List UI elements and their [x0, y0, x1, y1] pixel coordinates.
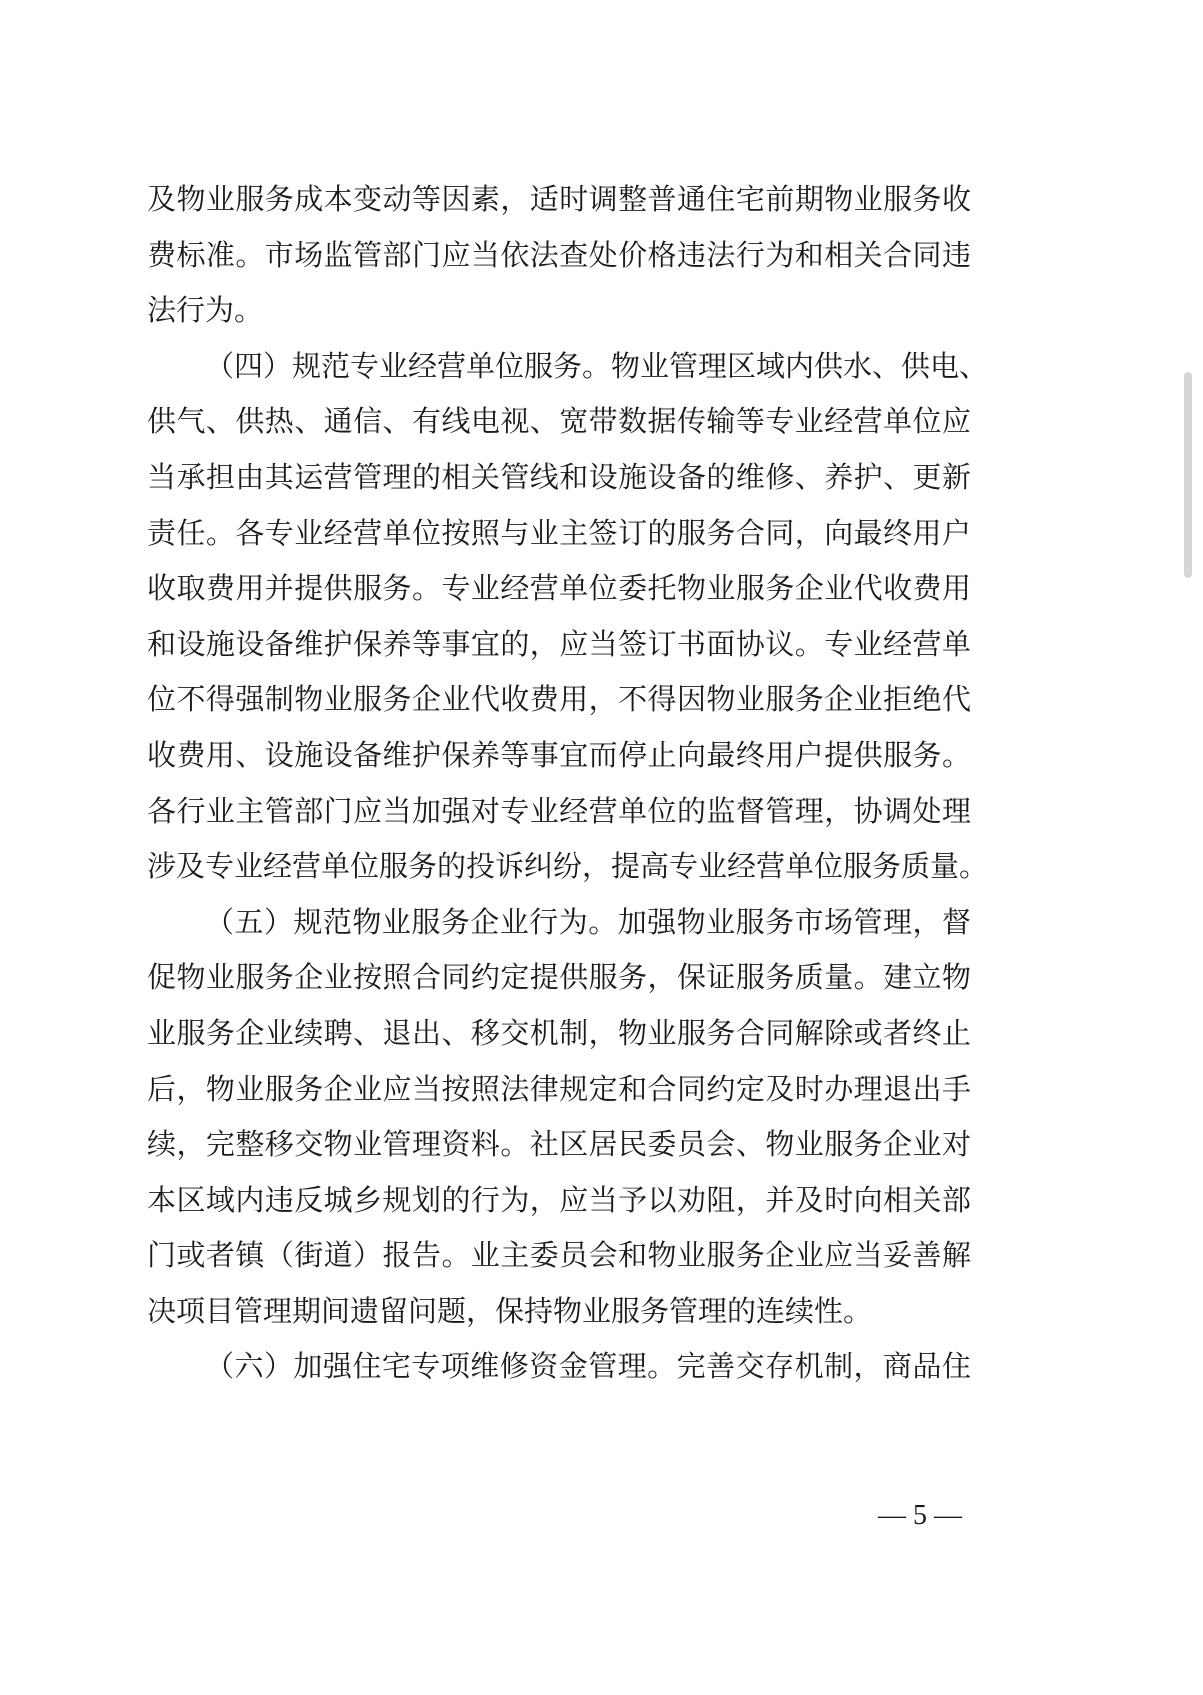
- text-line: 续，完整移交物业管理资料。社区居民委员会、物业服务企业对: [147, 1117, 971, 1173]
- section-heading-5: （五）规范物业服务企业行为。: [205, 905, 618, 939]
- text-line: 位不得强制物业服务企业代收费用，不得因物业服务企业拒绝代: [147, 672, 971, 728]
- page-number: — 5 —: [860, 1500, 980, 1532]
- text-line: 法行为。: [147, 283, 971, 339]
- text-line: 促物业服务企业按照合同约定提供服务，保证服务质量。建立物: [147, 950, 971, 1006]
- vertical-scrollbar[interactable]: [1180, 0, 1198, 1695]
- text-run: 加强物业服务市场管理，督: [618, 905, 971, 939]
- text-line: 门或者镇（街道）报告。业主委员会和物业服务企业应当妥善解: [147, 1228, 971, 1284]
- text-line: 各行业主管部门应当加强对专业经营单位的监督管理，协调处理: [147, 784, 971, 840]
- text-line: 涉及专业经营单位服务的投诉纠纷，提高专业经营单位服务质量。: [147, 839, 971, 895]
- document-body: 及物业服务成本变动等因素，适时调整普通住宅前期物业服务收 费标准。市场监管部门应…: [147, 172, 971, 1395]
- text-run: 完善交存机制，商品住: [677, 1349, 971, 1383]
- text-line: 供气、供热、通信、有线电视、宽带数据传输等专业经营单位应: [147, 394, 971, 450]
- text-line: 责任。各专业经营单位按照与业主签订的服务合同，向最终用户: [147, 506, 971, 562]
- scrollbar-thumb[interactable]: [1184, 372, 1192, 578]
- section-heading-6: （六）加强住宅专项维修资金管理。: [205, 1349, 677, 1383]
- section-heading-line: （四）规范专业经营单位服务。物业管理区域内供水、供电、: [147, 339, 971, 395]
- text-line: 收取费用并提供服务。专业经营单位委托物业服务企业代收费用: [147, 561, 971, 617]
- text-line: 及物业服务成本变动等因素，适时调整普通住宅前期物业服务收: [147, 172, 971, 228]
- text-line: 本区域内违反城乡规划的行为，应当予以劝阻，并及时向相关部: [147, 1173, 971, 1229]
- text-line: 业服务企业续聘、退出、移交机制，物业服务合同解除或者终止: [147, 1006, 971, 1062]
- text-line: 决项目管理期间遗留问题，保持物业服务管理的连续性。: [147, 1284, 971, 1340]
- text-run: 物业管理区域内供水、供电、: [611, 349, 988, 383]
- text-line: 费标准。市场监管部门应当依法查处价格违法行为和相关合同违: [147, 228, 971, 284]
- section-heading-line: （六）加强住宅专项维修资金管理。完善交存机制，商品住: [147, 1339, 971, 1395]
- document-page: 及物业服务成本变动等因素，适时调整普通住宅前期物业服务收 费标准。市场监管部门应…: [0, 0, 1203, 1695]
- section-heading-line: （五）规范物业服务企业行为。加强物业服务市场管理，督: [147, 895, 971, 951]
- text-line: 当承担由其运营管理的相关管线和设施设备的维修、养护、更新: [147, 450, 971, 506]
- text-line: 收费用、设施设备维护保养等事宜而停止向最终用户提供服务。: [147, 728, 971, 784]
- text-line: 后，物业服务企业应当按照法律规定和合同约定及时办理退出手: [147, 1062, 971, 1118]
- text-line: 和设施设备维护保养等事宜的，应当签订书面协议。专业经营单: [147, 617, 971, 673]
- section-heading-4: （四）规范专业经营单位服务。: [205, 349, 611, 383]
